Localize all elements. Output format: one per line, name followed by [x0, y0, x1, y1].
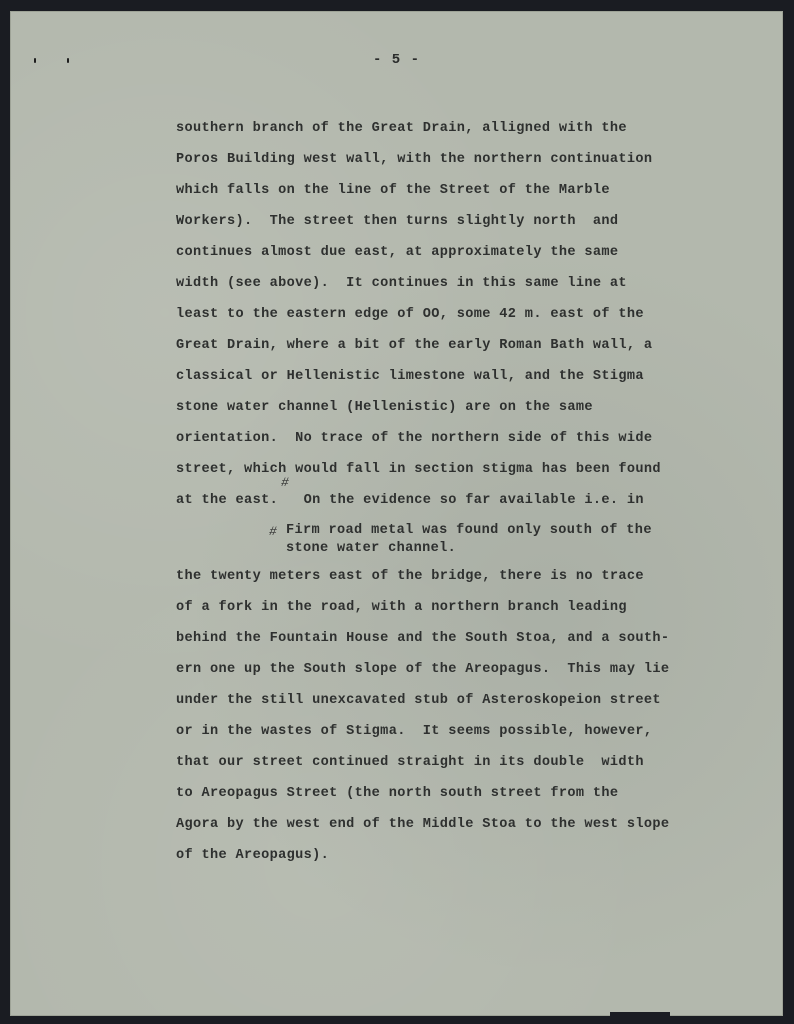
text-line: width (see above). It continues in this …	[176, 276, 627, 291]
text-line: stone water channel (Hellenistic) are on…	[176, 400, 593, 415]
text-line: continues almost due east, at approximat…	[176, 245, 618, 260]
text-line: under the still unexcavated stub of Aste…	[176, 693, 661, 708]
text-line: to Areopagus Street (the north south str…	[176, 786, 618, 801]
text-line: Agora by the west end of the Middle Stoa…	[176, 817, 669, 832]
footnote-marker: #	[269, 524, 277, 539]
text-line: of a fork in the road, with a northern b…	[176, 600, 627, 615]
text-line: Great Drain, where a bit of the early Ro…	[176, 338, 652, 353]
footnote-line: Firm road metal was found only south of …	[286, 523, 652, 538]
text-line: the twenty meters east of the bridge, th…	[176, 569, 644, 584]
footnote-line: stone water channel.	[286, 541, 456, 556]
document-page: - 5 - southern branch of the Great Drain…	[10, 11, 783, 1016]
text-line: classical or Hellenistic limestone wall,…	[176, 369, 644, 384]
text-line: Workers). The street then turns slightly…	[176, 214, 618, 229]
page-number: - 5 -	[10, 52, 783, 68]
text-line: street, which would fall in section stig…	[176, 462, 661, 477]
text-line: behind the Fountain House and the South …	[176, 631, 669, 646]
footnote-reference-mark: #	[281, 475, 289, 490]
text-line: least to the eastern edge of OO, some 42…	[176, 307, 644, 322]
text-line: southern branch of the Great Drain, alli…	[176, 121, 627, 136]
text-line: at the east. On the evidence so far avai…	[176, 493, 644, 508]
paper-tear	[610, 1012, 670, 1016]
text-line: which falls on the line of the Street of…	[176, 183, 610, 198]
text-line: that our street continued straight in it…	[176, 755, 644, 770]
text-line: Poros Building west wall, with the north…	[176, 152, 652, 167]
text-line: orientation. No trace of the northern si…	[176, 431, 652, 446]
text-line: of the Areopagus).	[176, 848, 329, 863]
text-line: ern one up the South slope of the Areopa…	[176, 662, 669, 677]
text-line: or in the wastes of Stigma. It seems pos…	[176, 724, 652, 739]
